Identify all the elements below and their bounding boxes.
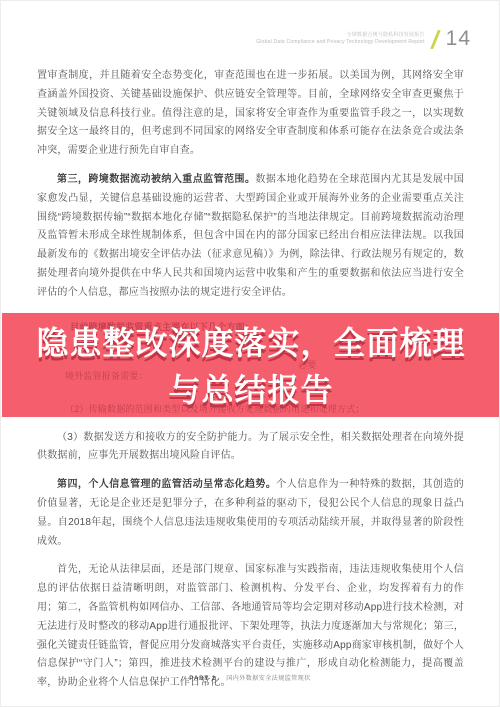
slash-divider-icon <box>430 30 441 49</box>
report-title-block: 全球数据合规与隐私科技发展报告 Global Data Compliance a… <box>256 32 424 46</box>
banner-title-line1: 隐患整改深度落实，全面梳理 <box>2 320 500 367</box>
banner-title: 隐患整改深度落实，全面梳理 与总结报告 <box>2 320 500 414</box>
report-page: 全球数据合规与隐私科技发展报告 Global Data Compliance a… <box>0 0 500 707</box>
paragraph-text: 置审查制度，并且随着安全态势变化，审查范围也在进一步拓展。以美国为例，其网络安全… <box>37 70 464 156</box>
paragraph-continuation: 置审查制度，并且随着安全态势变化，审查范围也在进一步拓展。以美国为例，其网络安全… <box>37 67 464 161</box>
paragraph-fourth-point: 第四，个人信息管理的监管活动呈常态化趋势。个人信息作为一种特殊的数据，其创造的价… <box>37 476 464 551</box>
page-footer: PART 2国内外数据安全法规监管现状 <box>1 673 499 682</box>
paragraph-lead: 第三，跨境数据流动被纳入重点监管范围。 <box>57 174 255 185</box>
paragraph-lead: 第四，个人信息管理的监管活动呈常态化趋势。 <box>57 479 276 490</box>
paragraph-third-point: 第三，跨境数据流动被纳入重点监管范围。数据本地化趋势在全球范围内尤其是发展中国家… <box>37 171 464 303</box>
footer-section-title: 国内外数据安全法规监管现状 <box>226 676 311 682</box>
page-number: 14 <box>446 27 471 51</box>
overlay-banner: 目前跨境数据监管重点主要在以下几个方面： 必要 境外监管报备需要： （2）传输数… <box>2 313 500 417</box>
paragraph-text: 数据本地化趋势在全球范围内尤其是发展中国家愈发凸显，关键信息基础设施的运营者、大… <box>37 174 464 298</box>
banner-title-line2: 与总结报告 <box>2 367 500 414</box>
document-body: 置审查制度，并且随着安全态势变化，审查范围也在进一步拓展。以美国为例，其网络安全… <box>37 67 464 703</box>
report-title-en: Global Data Compliance and Privacy Techn… <box>256 39 424 46</box>
paragraph-text: （3）数据发送方和接收方的安全防护能力。为了展示安全性，相关数据处理者在向境外提… <box>37 432 464 462</box>
paragraph-item3: （3）数据发送方和接收方的安全防护能力。为了展示安全性，相关数据处理者在向境外提… <box>37 429 464 467</box>
page-header: 全球数据合规与隐私科技发展报告 Global Data Compliance a… <box>256 27 471 51</box>
paragraph-text: 首先，无论从法律层面，还是部门规章、国家标准与实践指南，违法违规收集使用个人信息… <box>37 564 464 688</box>
footer-part-label: PART 2 <box>189 676 216 682</box>
report-title-zh: 全球数据合规与隐私科技发展报告 <box>256 32 424 39</box>
